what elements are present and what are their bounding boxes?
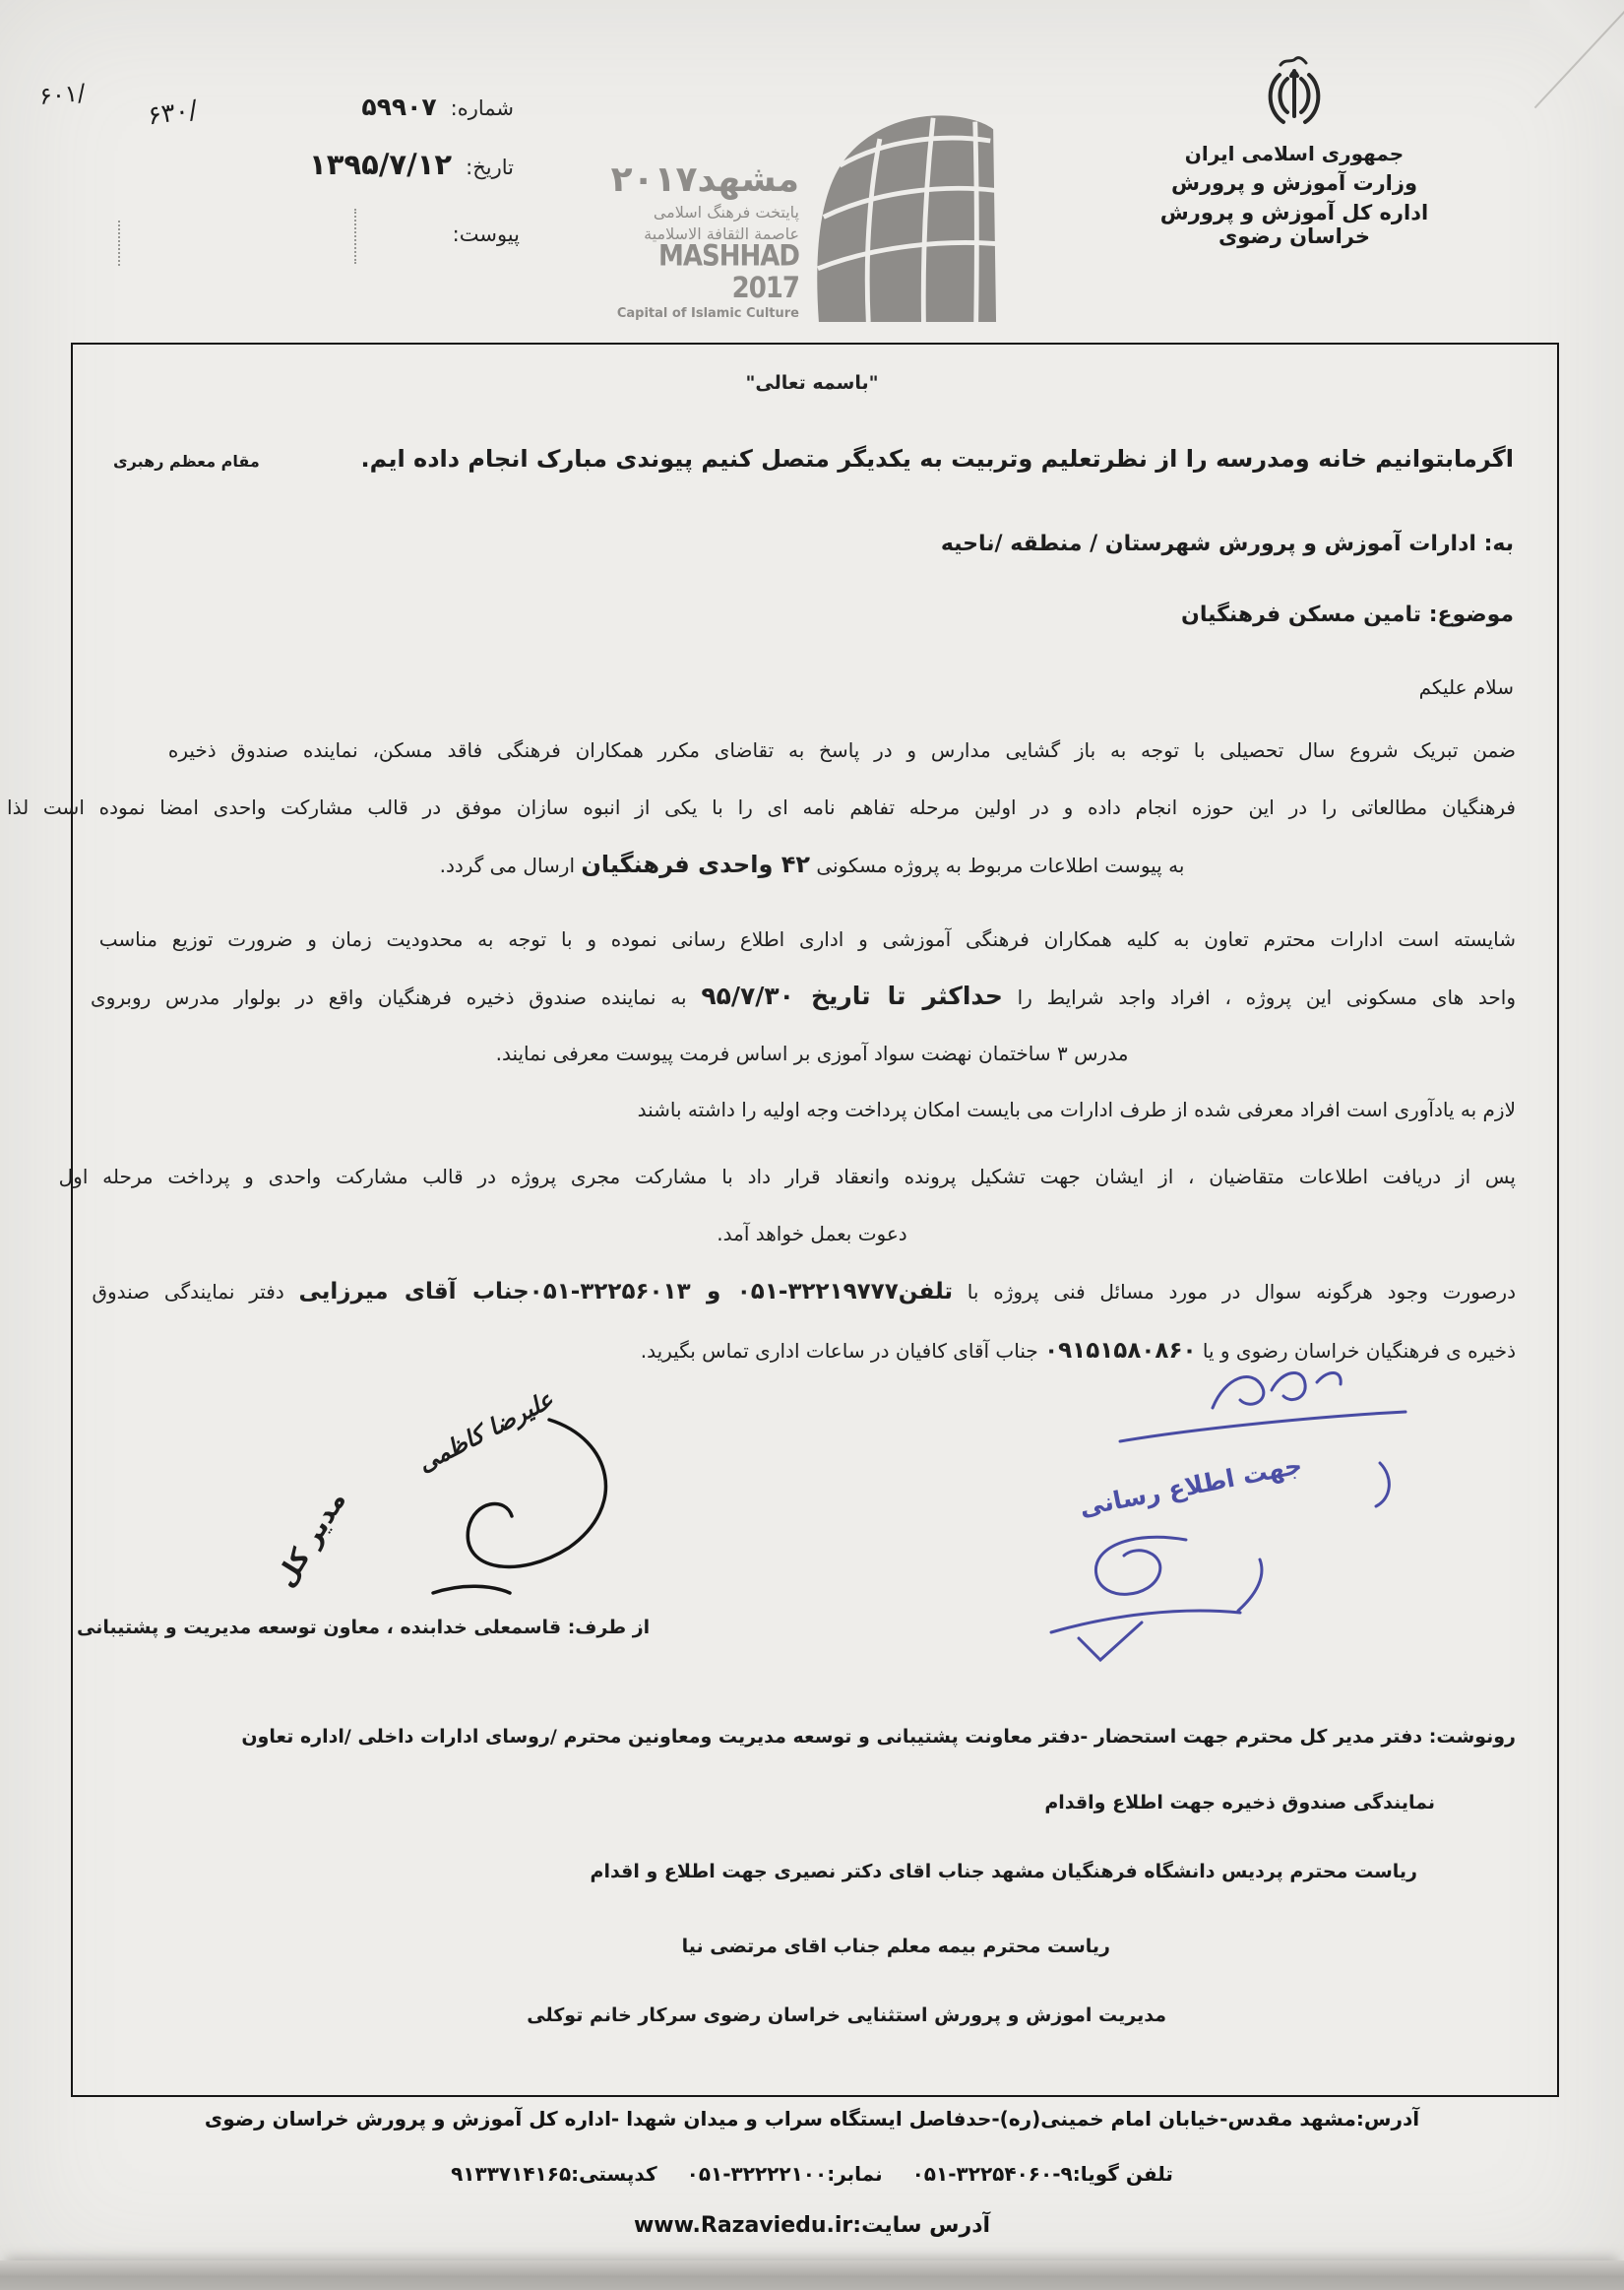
- footer-site-row: آدرس سایت:www.Razaviedu.ir: [59, 2213, 1565, 2238]
- contact-phones-bold: تلفن۳۲۲۱۹۷۷۷-۰۵۱ و ۳۲۲۵۶۰۱۳-۰۵۱جناب آقای…: [299, 1279, 954, 1304]
- salutation: سلام علیکم: [1419, 675, 1514, 699]
- paragraph-5-line-1: درصورت وجود هرگونه سوال در مورد مسائل فن…: [108, 1262, 1516, 1321]
- fold-mark: [118, 221, 120, 266]
- subject-value: تامین مسکن فرهنگیان: [1181, 603, 1421, 627]
- to-label: به:: [1484, 532, 1514, 556]
- cc-line-1: رونوشت: دفتر مدیر کل محترم جهت استحضار -…: [241, 1726, 1516, 1748]
- footer-site-url: www.Razaviedu.ir: [634, 2213, 852, 2238]
- paragraph-2-line-2-pre: واحد های مسکونی این پروژه ، افراد واجد ش…: [1018, 986, 1516, 1009]
- scan-bottom-band: [0, 2260, 1624, 2290]
- subject-label: موضوع:: [1429, 603, 1514, 627]
- paragraph-2-line-2-post: به نماینده صندوق ذخیره فرهنگیان واقع در …: [91, 986, 687, 1009]
- iran-emblem-icon: [1263, 55, 1326, 134]
- paragraph-1-line-3-post: ارسال می گردد.: [440, 854, 575, 877]
- cc-line-4: ریاست محترم بیمه معلم جناب اقای مرتضی نی…: [682, 1936, 1110, 1957]
- mashhad-logo-text: مشهد۲۰۱۷ پایتخت فرهنگ اسلامی عاصمة الثقا…: [606, 160, 799, 322]
- paragraph-2-line-1: شایسته است ادارات محترم تعاون به کلیه هم…: [108, 911, 1516, 968]
- ref-date-row: تاریخ: ۱۳۹۵/۷/۱۲: [309, 148, 514, 181]
- ref-date-value: ۱۳۹۵/۷/۱۲: [309, 148, 452, 181]
- paragraph-2-line-2: واحد های مسکونی این پروژه ، افراد واجد ش…: [108, 968, 1516, 1025]
- cc-line-5: مدیریت اموزش و پرورش استثنایی خراسان رضو…: [527, 2004, 1166, 2026]
- deadline-date-bold: حداکثر تا تاریخ ۹۵/۷/۳۰: [701, 982, 1003, 1010]
- ref-handwritten-601: ۶۰۱/: [38, 79, 87, 110]
- paragraph-4-line-2: دعوت بعمل خواهد آمد.: [108, 1205, 1516, 1262]
- org-department-line: اداره کل آموزش و پرورش خراسان رضوی: [1122, 201, 1467, 248]
- page-corner-fold: [1530, 0, 1624, 106]
- to-line: به: ادارات آموزش و پرورش شهرستان / منطقه…: [941, 532, 1514, 556]
- org-header: جمهوری اسلامی ایران وزارت آموزش و پرورش …: [1122, 55, 1467, 248]
- handwritten-note-ink: [1004, 1347, 1427, 1672]
- fold-mark: [354, 209, 356, 264]
- paragraph-4: پس از دریافت اطلاعات متقاضیان ، از ایشان…: [108, 1148, 1516, 1262]
- logo-subtitle-fa: پایتخت فرهنگ اسلامی: [606, 204, 799, 222]
- logo-title-en: MASHHAD 2017: [606, 241, 799, 305]
- logo-title-fa: مشهد۲۰۱۷: [606, 160, 799, 200]
- paragraph-1-line-3: به پیوست اطلاعات مربوط به پروژه مسکونی ۴…: [108, 836, 1516, 893]
- footer-site-label: آدرس سایت:: [852, 2213, 990, 2238]
- globe-dome-icon: [809, 110, 1004, 322]
- slogan-text: اگرمابتوانیم خانه ومدرسه را از نظرتعلیم …: [361, 445, 1515, 473]
- besmele-line: "باسمه تعالی": [0, 372, 1624, 394]
- ref-number-label: شماره:: [451, 96, 514, 120]
- cc-label: رونوشت:: [1429, 1726, 1516, 1748]
- paragraph-5-line-1-pre: درصورت وجود هرگونه سوال در مورد مسائل فن…: [968, 1280, 1516, 1304]
- org-country-line: جمهوری اسلامی ایران: [1122, 142, 1467, 165]
- subject-line: موضوع: تامین مسکن فرهنگیان: [1181, 603, 1514, 627]
- ref-number-value: ۵۹۹۰۷: [361, 93, 436, 121]
- footer-phone-voice: تلفن گویا:۹-۳۲۲۵۴۰۶۰-۰۵۱: [912, 2162, 1173, 2186]
- paragraph-2-line-3: مدرس ۳ ساختمان نهضت سواد آموزی بر اساس ف…: [108, 1025, 1516, 1082]
- footer-contact-row: تلفن گویا:۹-۳۲۲۵۴۰۶۰-۰۵۱ نمابر:۳۲۲۲۲۱۰۰-…: [59, 2162, 1565, 2186]
- paragraph-1-line-3-pre: به پیوست اطلاعات مربوط به پروژه مسکونی: [816, 854, 1184, 877]
- scanned-letter-page: شماره: ۵۹۹۰۷ ۶۳۰/ ۶۰۱/ تاریخ: ۱۳۹۵/۷/۱۲ …: [0, 0, 1624, 2290]
- signature-on-behalf: از طرف: قاسمعلی خدابنده ، معاون توسعه مد…: [77, 1617, 650, 1638]
- ref-attachment-label: پیوست:: [453, 223, 520, 246]
- footer-address: آدرس:مشهد مقدس-خیابان امام خمینی(ره)-حدف…: [59, 2107, 1565, 2131]
- slogan-row: اگرمابتوانیم خانه ومدرسه را از نظرتعلیم …: [113, 445, 1514, 473]
- paragraph-1-line-2: فرهنگیان مطالعاتی را در این حوزه انجام د…: [108, 779, 1516, 836]
- paragraph-4-line-1: پس از دریافت اطلاعات متقاضیان ، از ایشان…: [108, 1148, 1516, 1205]
- paragraph-3: لازم به یادآوری است افراد معرفی شده از ط…: [108, 1081, 1516, 1138]
- cc-item-0: دفتر مدیر کل محترم جهت استحضار -دفتر معا…: [241, 1726, 1422, 1748]
- slogan-attribution: مقام معظم رهبری: [113, 452, 260, 471]
- ref-handwritten-630: ۶۳۰/: [146, 95, 199, 132]
- footer-postal-code: کدپستی:۹۱۳۳۷۱۴۱۶۵: [451, 2162, 657, 2186]
- mashhad-2017-logo: مشهد۲۰۱۷ پایتخت فرهنگ اسلامی عاصمة الثقا…: [606, 110, 1004, 322]
- logo-subtitle-en: Capital of Islamic Culture: [606, 307, 799, 322]
- ref-date-label: تاریخ:: [466, 156, 514, 179]
- to-value: ادارات آموزش و پرورش شهرستان / منطقه /نا…: [941, 532, 1476, 556]
- paragraph-3-line-1: لازم به یادآوری است افراد معرفی شده از ط…: [108, 1081, 1516, 1138]
- cc-line-3: ریاست محترم پردیس دانشگاه فرهنگیان مشهد …: [591, 1861, 1417, 1882]
- paragraph-1: ضمن تبریک شروع سال تحصیلی با توجه به باز…: [108, 722, 1516, 893]
- org-ministry-line: وزارت آموزش و پرورش: [1122, 171, 1467, 195]
- paragraph-5-line-1-post: دفتر نمایندگی صندوق: [92, 1280, 283, 1304]
- cc-line-2: نمایندگی صندوق ذخیره جهت اطلاع واقدام: [1044, 1792, 1435, 1813]
- ref-number-row: شماره: ۵۹۹۰۷: [361, 93, 514, 121]
- project-units-bold: ۴۲ واحدی فرهنگیان: [581, 851, 810, 878]
- footer-fax: نمابر:۳۲۲۲۲۱۰۰-۰۵۱: [687, 2162, 883, 2186]
- paragraph-1-line-1: ضمن تبریک شروع سال تحصیلی با توجه به باز…: [108, 722, 1516, 779]
- paragraph-2: شایسته است ادارات محترم تعاون به کلیه هم…: [108, 911, 1516, 1082]
- paragraph-5-line-2-post: جناب آقای کافیان در ساعات اداری تماس بگی…: [641, 1339, 1038, 1363]
